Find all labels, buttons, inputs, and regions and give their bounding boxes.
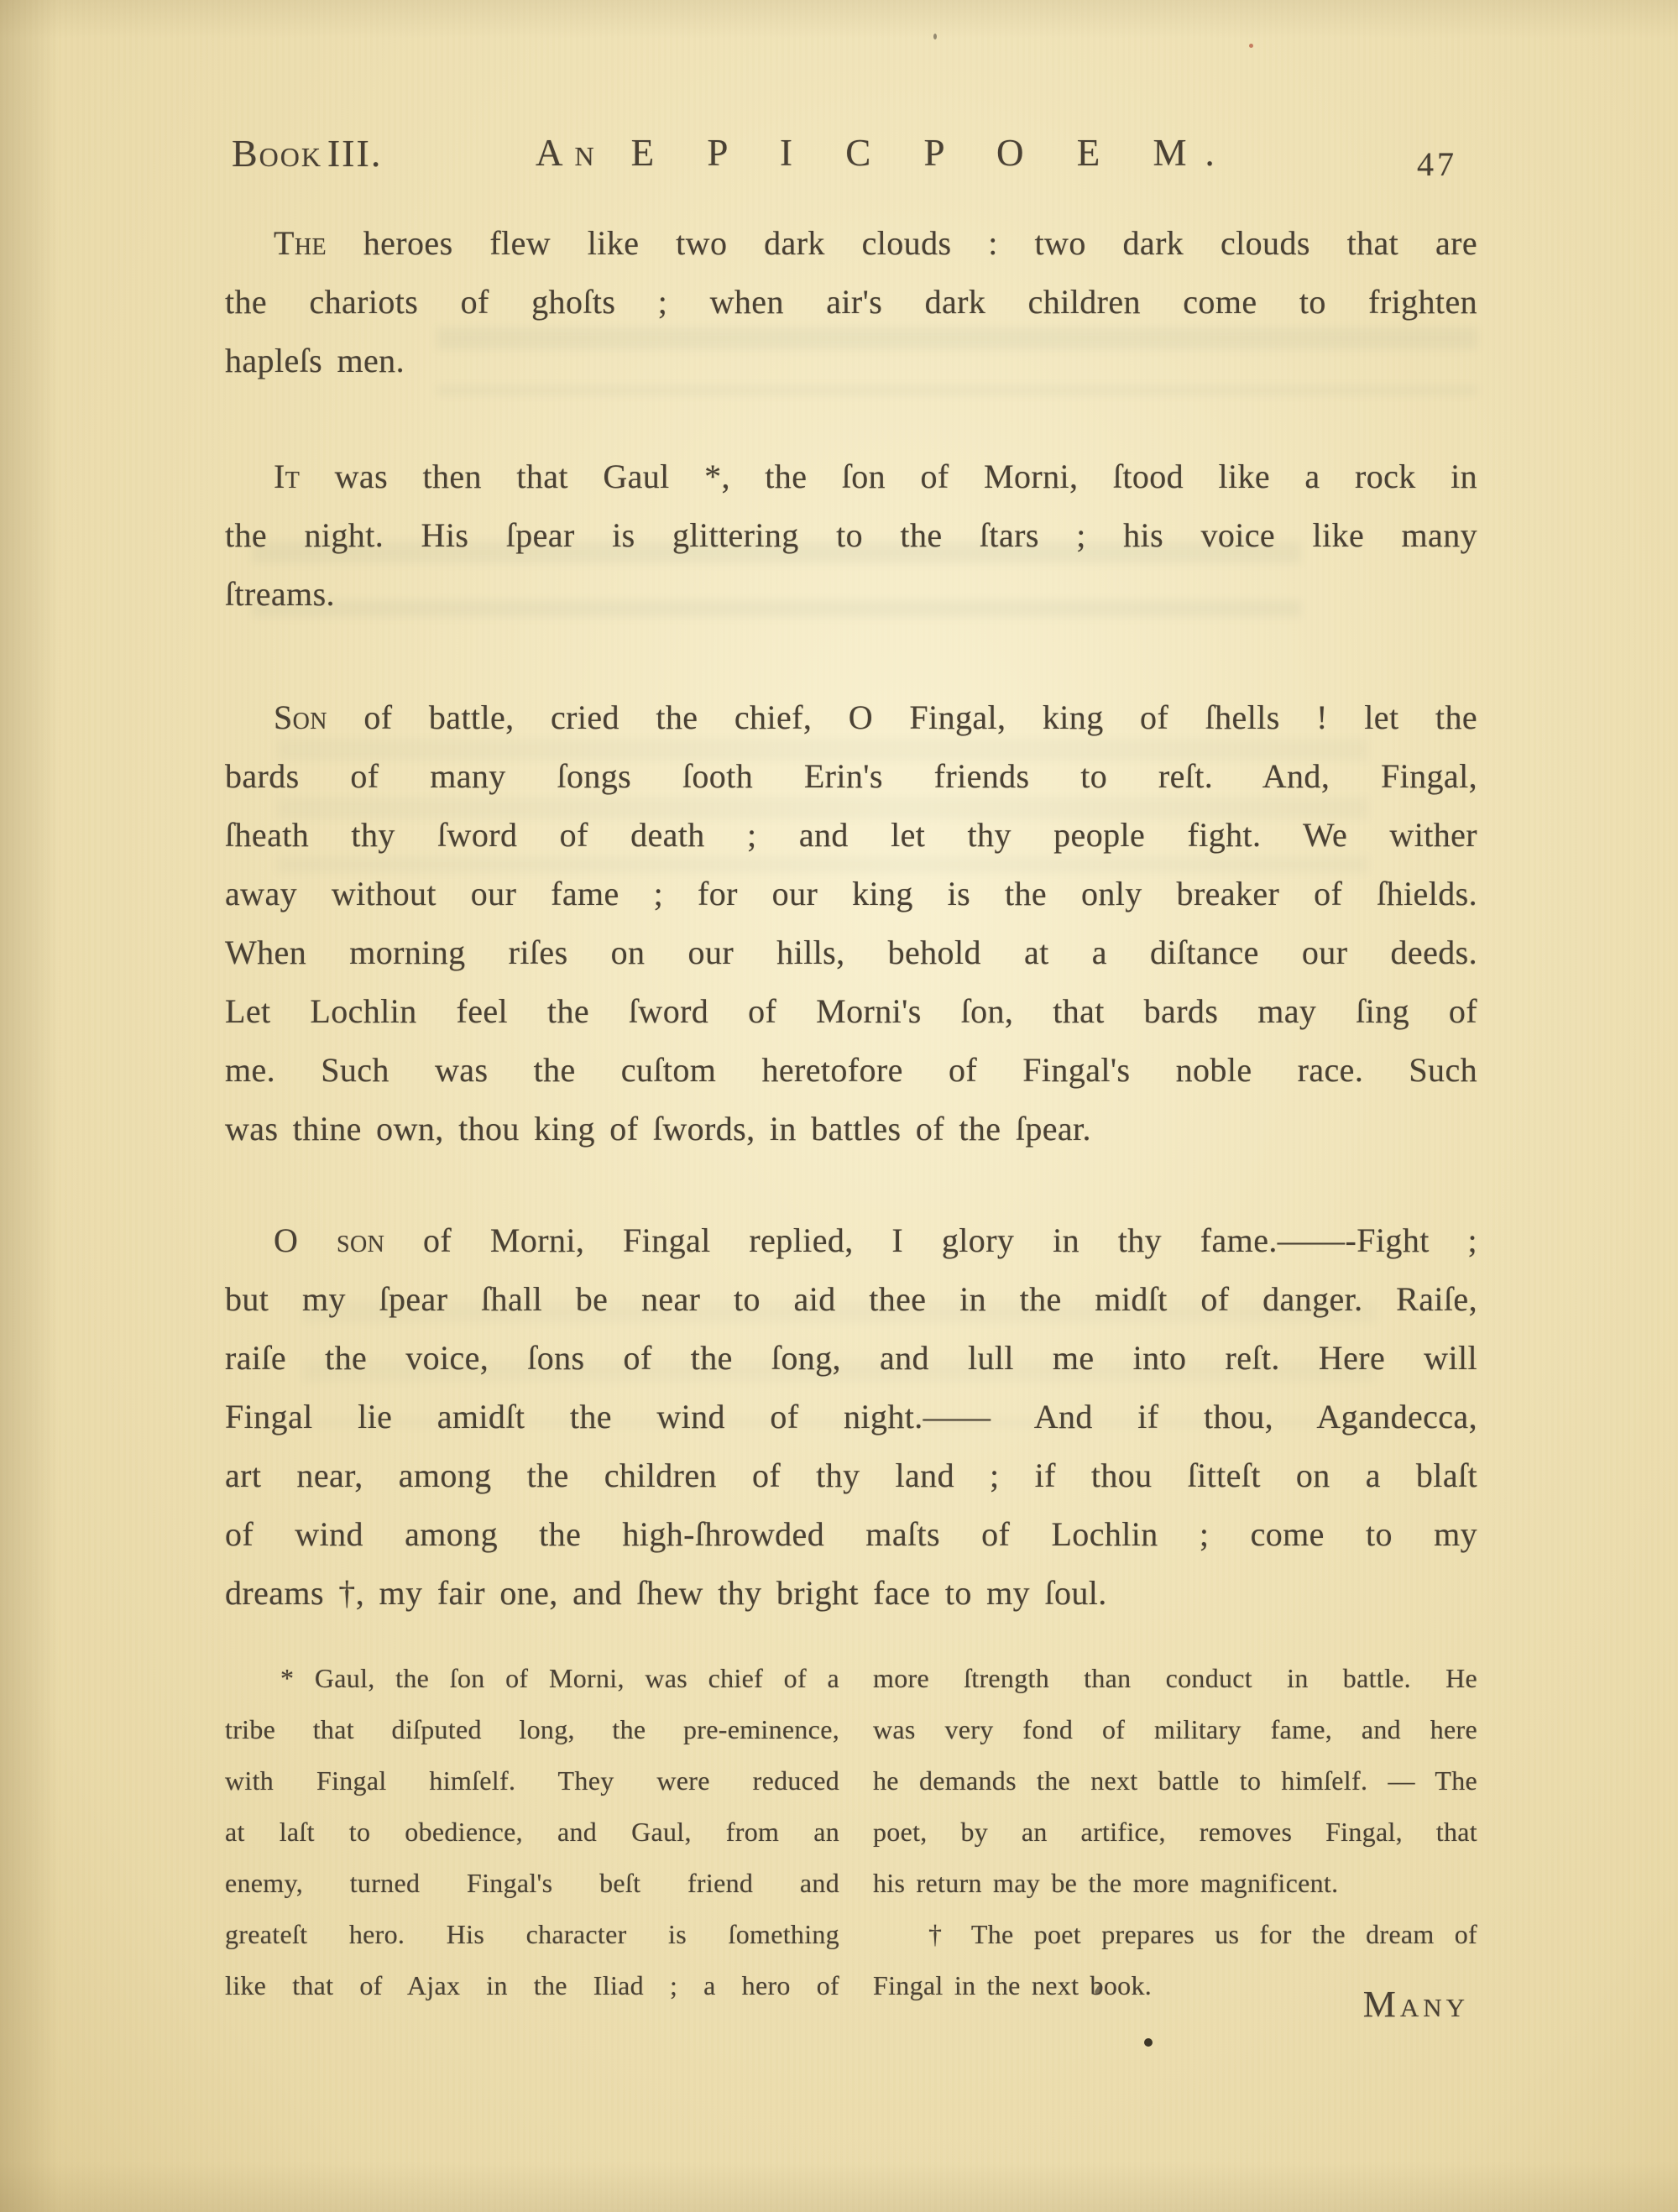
text-line: tribe that diſputed long, the pre-eminen… bbox=[225, 1704, 839, 1755]
running-title-lead: An bbox=[536, 132, 606, 174]
text-line: was thine own, thou king of ſwords, in b… bbox=[225, 1100, 1477, 1158]
text-line: me. Such was the cuſtom heretofore of Fi… bbox=[225, 1041, 1477, 1100]
text-line: O son of Morni, Fingal replied, I glory … bbox=[225, 1211, 1477, 1270]
text-line: enemy, turned Fingal's beſt friend and bbox=[225, 1858, 839, 1909]
text-line: ſheath thy ſword of death ; and let thy … bbox=[225, 806, 1477, 865]
book-number-label: Book III. bbox=[232, 131, 382, 175]
text-line: Son of battle, cried the chief, O Fingal… bbox=[225, 688, 1477, 747]
text-line: Let Lochlin feel the ſword of Morni's ſo… bbox=[225, 982, 1477, 1041]
page-edge-shadow-bottom bbox=[0, 2162, 1678, 2212]
small-caps-lead: The bbox=[274, 224, 327, 262]
text-line: the night. His ſpear is glittering to th… bbox=[225, 506, 1477, 565]
text-line: the chariots of ghoſts ; when air's dark… bbox=[225, 273, 1477, 332]
book-roman-numeral: III. bbox=[327, 132, 382, 175]
ink-speck bbox=[933, 34, 937, 39]
paragraph: It was then that Gaul *, the ſon of Morn… bbox=[225, 447, 1477, 624]
catchword: Many bbox=[1326, 1983, 1469, 2026]
paragraph: O son of Morni, Fingal replied, I glory … bbox=[225, 1211, 1477, 1623]
text-line: ſtreams. bbox=[225, 565, 1477, 624]
page-edge-shadow-top bbox=[0, 0, 1678, 39]
text-line: at laſt to obedience, and Gaul, from an bbox=[225, 1807, 839, 1858]
text-line: but my ſpear ſhall be near to aid thee i… bbox=[225, 1270, 1477, 1329]
text-line: greateſt hero. His character is ſomethin… bbox=[225, 1909, 839, 1960]
running-title: AnE P I C P O E M. bbox=[536, 131, 1233, 175]
text-line: away without our fame ; for our king is … bbox=[225, 865, 1477, 923]
small-caps-lead: O son bbox=[274, 1221, 384, 1259]
ink-speck bbox=[1249, 44, 1253, 48]
text-line: of wind among the high-ſhrowded maſts of… bbox=[225, 1505, 1477, 1564]
text-line: Fingal lie amidſt the wind of night.—— A… bbox=[225, 1388, 1477, 1446]
text-line: was very fond of military fame, and here bbox=[873, 1704, 1477, 1755]
book-word: Book bbox=[232, 132, 322, 175]
text-line: more ſtrength than conduct in battle. He bbox=[873, 1653, 1477, 1704]
catchword-text: Many bbox=[1363, 1984, 1469, 2025]
text-column: The heroes flew like two dark clouds : t… bbox=[225, 210, 1477, 2011]
text-line: like that of Ajax in the Iliad ; a hero … bbox=[225, 1960, 839, 2011]
text-line: hapleſs men. bbox=[225, 332, 1477, 390]
text-line: his return may be the more magnificent. bbox=[873, 1858, 1477, 1909]
footnote-column-left: * Gaul, the ſon of Morni, was chief of a… bbox=[225, 1653, 839, 2011]
small-caps-lead: Son bbox=[274, 698, 327, 736]
text-line: * Gaul, the ſon of Morni, was chief of a bbox=[225, 1653, 839, 1704]
page-header: Book III. AnE P I C P O E M. 47 bbox=[0, 131, 1678, 190]
footnote-column-right: more ſtrength than conduct in battle. He… bbox=[873, 1653, 1477, 2011]
text-line: † The poet prepares us for the dream of bbox=[873, 1909, 1477, 1960]
text-line: The heroes flew like two dark clouds : t… bbox=[225, 214, 1477, 273]
text-line: bards of many ſongs ſooth Erin's friends… bbox=[225, 747, 1477, 806]
ink-speck bbox=[1144, 2038, 1153, 2047]
text-line: When morning riſes on our hills, behold … bbox=[225, 923, 1477, 982]
text-line: dreams †, my fair one, and ſhew thy brig… bbox=[225, 1564, 1477, 1623]
text-line: with Fingal himſelf. They were reduced bbox=[225, 1755, 839, 1807]
page-edge-shadow-left bbox=[0, 0, 59, 2212]
text-line: It was then that Gaul *, the ſon of Morn… bbox=[225, 447, 1477, 506]
footnotes-section: * Gaul, the ſon of Morni, was chief of a… bbox=[225, 1653, 1477, 2011]
running-title-rest: E P I C P O E M. bbox=[631, 132, 1233, 174]
page-number: 47 bbox=[1417, 144, 1457, 184]
text-line: poet, by an artifice, removes Fingal, th… bbox=[873, 1807, 1477, 1858]
paragraph: The heroes flew like two dark clouds : t… bbox=[225, 214, 1477, 390]
text-line: raiſe the voice, ſons of the ſong, and l… bbox=[225, 1329, 1477, 1388]
text-line: he demands the next battle to himſelf. —… bbox=[873, 1755, 1477, 1807]
paragraph: Son of battle, cried the chief, O Fingal… bbox=[225, 688, 1477, 1158]
small-caps-lead: It bbox=[274, 458, 300, 495]
text-line: art near, among the children of thy land… bbox=[225, 1446, 1477, 1505]
